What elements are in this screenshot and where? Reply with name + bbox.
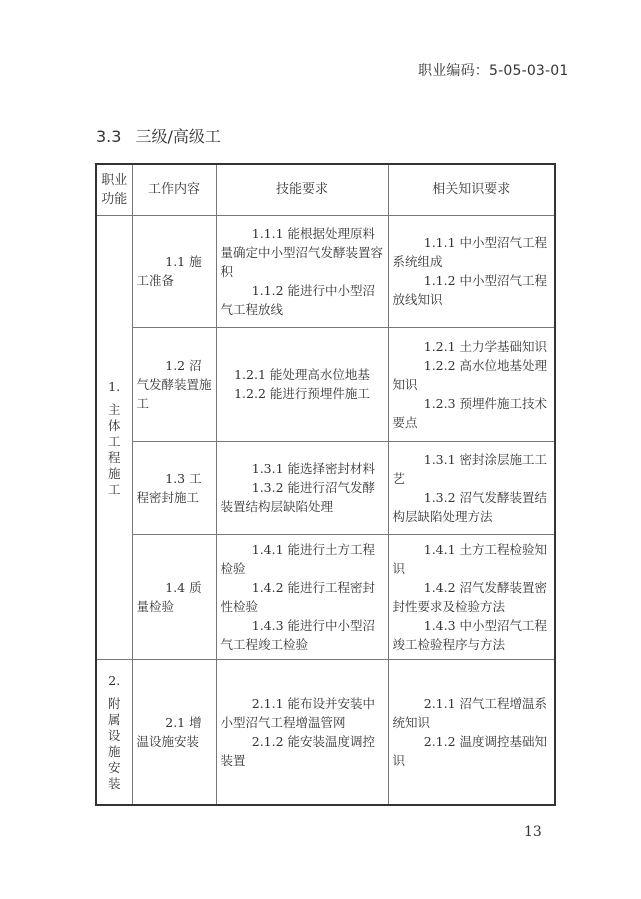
knowledge-cell: 1.3.1 密封涂层施工工艺 1.3.2 沼气发酵装置结构层缺陷处理方法 bbox=[388, 441, 555, 534]
skill-item: 2.1.1 能布设并安装中小型沼气工程增温管网 bbox=[221, 694, 384, 732]
knowledge-item: 1.3.1 密封涂层施工工艺 bbox=[393, 450, 551, 488]
table-header-row: 职业功能 工作内容 技能要求 相关知识要求 bbox=[96, 164, 555, 215]
table-row: 1.3 工程密封施工 1.3.1 能选择密封材料 1.3.2 能进行沼气发酵装置… bbox=[96, 441, 555, 534]
knowledge-item: 1.1.2 中小型沼气工程放线知识 bbox=[393, 271, 551, 309]
skill-cell: 2.1.1 能布设并安装中小型沼气工程增温管网 2.1.2 能安装温度调控装置 bbox=[216, 659, 388, 805]
skill-item: 1.3.1 能选择密封材料 bbox=[221, 459, 384, 478]
competency-table: 职业功能 工作内容 技能要求 相关知识要求 1. 主体工程施工 1.1 施工准备… bbox=[95, 163, 556, 806]
section-number: 3.3 bbox=[96, 127, 121, 146]
knowledge-item: 1.2.1 土力学基础知识 bbox=[393, 337, 551, 356]
knowledge-item: 1.3.2 沼气发酵装置结构层缺陷处理方法 bbox=[393, 488, 551, 526]
function-name: 主体工程施工 bbox=[107, 402, 121, 498]
function-number: 1. bbox=[101, 377, 128, 396]
function-name: 附属设施安装 bbox=[107, 696, 121, 792]
function-cell-1: 1. 主体工程施工 bbox=[96, 215, 132, 659]
table-row: 1. 主体工程施工 1.1 施工准备 1.1.1 能根据处理原料量确定中小型沼气… bbox=[96, 215, 555, 327]
skill-item: 1.4.2 能进行工程密封性检验 bbox=[221, 578, 384, 616]
work-content-text: 1.4 质量检验 bbox=[137, 578, 212, 616]
skill-item: 2.1.2 能安装温度调控装置 bbox=[221, 732, 384, 770]
skill-item: 1.2.1 能处理高水位地基 bbox=[234, 365, 370, 384]
skill-item: 1.1.2 能进行中小型沼气工程放线 bbox=[221, 281, 384, 319]
skill-cell: 1.1.1 能根据处理原料量确定中小型沼气发酵装置容积 1.1.2 能进行中小型… bbox=[216, 215, 388, 327]
page-number: 13 bbox=[524, 824, 542, 840]
knowledge-item: 1.4.1 土方工程检验知识 bbox=[393, 540, 551, 578]
occupation-code-label: 职业编码： bbox=[418, 63, 489, 79]
skill-item: 1.4.1 能进行土方工程检验 bbox=[221, 540, 384, 578]
knowledge-item: 2.1.2 温度调控基础知识 bbox=[393, 732, 551, 770]
occupation-code-value: 5-05-03-01 bbox=[489, 63, 569, 79]
work-content-text: 1.3 工程密封施工 bbox=[137, 469, 212, 507]
skill-item: 1.4.3 能进行中小型沼气工程竣工检验 bbox=[221, 616, 384, 654]
header-skill-requirements: 技能要求 bbox=[216, 164, 388, 215]
work-content-cell: 1.2 沼气发酵装置施工 bbox=[132, 327, 216, 441]
knowledge-item: 1.2.3 预埋件施工技术要点 bbox=[393, 394, 551, 432]
knowledge-cell: 1.1.1 中小型沼气工程系统组成 1.1.2 中小型沼气工程放线知识 bbox=[388, 215, 555, 327]
section-title: 三级/高级工 bbox=[135, 127, 220, 146]
function-cell-2: 2. 附属设施安装 bbox=[96, 659, 132, 805]
header-work-content: 工作内容 bbox=[132, 164, 216, 215]
work-content-cell: 1.3 工程密封施工 bbox=[132, 441, 216, 534]
knowledge-item: 2.1.1 沼气工程增温系统知识 bbox=[393, 694, 551, 732]
skill-item: 1.2.2 能进行预埋件施工 bbox=[234, 384, 370, 403]
table-row: 1.2 沼气发酵装置施工 1.2.1 能处理高水位地基 1.2.2 能进行预埋件… bbox=[96, 327, 555, 441]
table-row: 1.4 质量检验 1.4.1 能进行土方工程检验 1.4.2 能进行工程密封性检… bbox=[96, 534, 555, 659]
section-heading: 3.3三级/高级工 bbox=[96, 124, 221, 147]
table-row: 2. 附属设施安装 2.1 增温设施安装 2.1.1 能布设并安装中小型沼气工程… bbox=[96, 659, 555, 805]
work-content-text: 2.1 增温设施安装 bbox=[137, 713, 212, 751]
knowledge-item: 1.1.1 中小型沼气工程系统组成 bbox=[393, 233, 551, 271]
knowledge-item: 1.2.2 高水位地基处理知识 bbox=[393, 356, 551, 394]
work-content-text: 1.1 施工准备 bbox=[137, 252, 212, 290]
skill-cell: 1.3.1 能选择密封材料 1.3.2 能进行沼气发酵装置结构层缺陷处理 bbox=[216, 441, 388, 534]
header-function: 职业功能 bbox=[96, 164, 132, 215]
skill-cell: 1.2.1 能处理高水位地基 1.2.2 能进行预埋件施工 bbox=[216, 327, 388, 441]
work-content-text: 1.2 沼气发酵装置施工 bbox=[137, 356, 212, 413]
knowledge-item: 1.4.3 中小型沼气工程竣工检验程序与方法 bbox=[393, 616, 551, 654]
occupation-code: 职业编码：5-05-03-01 bbox=[418, 60, 569, 80]
work-content-cell: 2.1 增温设施安装 bbox=[132, 659, 216, 805]
work-content-cell: 1.4 质量检验 bbox=[132, 534, 216, 659]
function-number: 2. bbox=[101, 671, 128, 690]
knowledge-item: 1.4.2 沼气发酵装置密封性要求及检验方法 bbox=[393, 578, 551, 616]
knowledge-cell: 1.4.1 土方工程检验知识 1.4.2 沼气发酵装置密封性要求及检验方法 1.… bbox=[388, 534, 555, 659]
knowledge-cell: 2.1.1 沼气工程增温系统知识 2.1.2 温度调控基础知识 bbox=[388, 659, 555, 805]
work-content-cell: 1.1 施工准备 bbox=[132, 215, 216, 327]
skill-item: 1.3.2 能进行沼气发酵装置结构层缺陷处理 bbox=[221, 478, 384, 516]
skill-item: 1.1.1 能根据处理原料量确定中小型沼气发酵装置容积 bbox=[221, 224, 384, 281]
skill-cell: 1.4.1 能进行土方工程检验 1.4.2 能进行工程密封性检验 1.4.3 能… bbox=[216, 534, 388, 659]
knowledge-cell: 1.2.1 土力学基础知识 1.2.2 高水位地基处理知识 1.2.3 预埋件施… bbox=[388, 327, 555, 441]
header-knowledge-requirements: 相关知识要求 bbox=[388, 164, 555, 215]
